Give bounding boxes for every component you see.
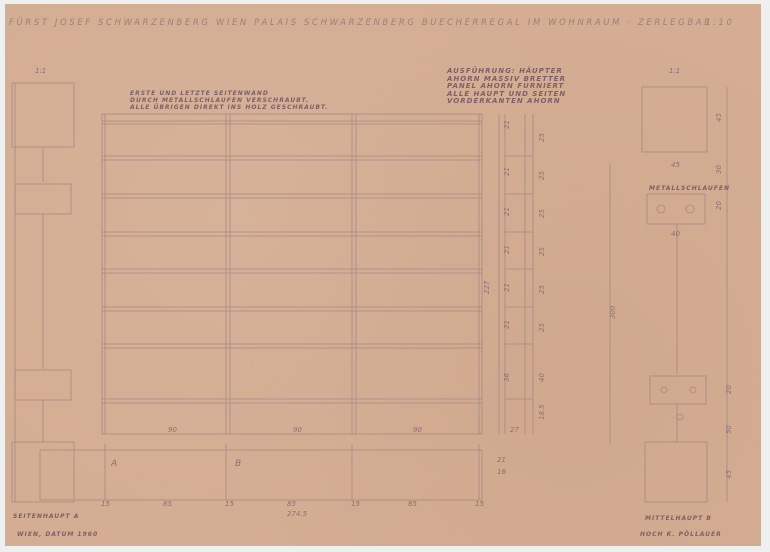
dim-bottom-5: 15 bbox=[351, 500, 360, 508]
label-bay-a: A bbox=[111, 459, 117, 469]
dim-inner-6: 21 bbox=[503, 320, 511, 329]
dim-right-3: 20 bbox=[715, 201, 723, 210]
dim-spacing-6: 25 bbox=[538, 323, 546, 332]
left-foot-block bbox=[12, 442, 74, 502]
metal-bracket bbox=[647, 194, 705, 224]
shelf-boards bbox=[102, 121, 482, 403]
dim-right-6: 45 bbox=[725, 470, 733, 479]
dim-bottom-6: 85 bbox=[408, 500, 417, 508]
label-bay-b: B bbox=[235, 459, 241, 469]
left-bracket bbox=[15, 184, 71, 214]
dim-right-5: 50 bbox=[725, 425, 733, 434]
dim-detail-width-2: 40 bbox=[671, 230, 680, 238]
dim-inner-2: 21 bbox=[503, 167, 511, 176]
shelf-frame bbox=[102, 114, 482, 434]
plinth bbox=[40, 450, 482, 500]
dim-spacing-8: 18.5 bbox=[538, 404, 546, 420]
label-mittelhaupt: Mittelhaupt B bbox=[645, 515, 712, 522]
dim-right-2: 30 bbox=[715, 165, 723, 174]
shelf-elevation-drawing bbox=[5, 4, 761, 546]
dim-inner-height: 227 bbox=[483, 281, 491, 294]
dim-inner-3: 21 bbox=[503, 207, 511, 216]
dim-overall-height: 300 bbox=[609, 306, 617, 319]
dim-inner-4: 21 bbox=[503, 245, 511, 254]
dim-total-width: 274.5 bbox=[287, 510, 307, 518]
dim-bottom-3: 15 bbox=[225, 500, 234, 508]
dim-spacing-2: 25 bbox=[538, 171, 546, 180]
dim-foot-3: 16 bbox=[497, 468, 506, 476]
dim-bottom-4: 85 bbox=[287, 500, 296, 508]
right-lower-bracket bbox=[650, 376, 706, 404]
label-seitenhaupt: Seitenhaupt A bbox=[13, 513, 79, 520]
dim-detail-width-1: 45 bbox=[671, 161, 680, 169]
dim-spacing-5: 25 bbox=[538, 285, 546, 294]
dim-foot-1: 27 bbox=[510, 426, 519, 434]
left-top-block bbox=[12, 83, 74, 147]
dim-spacing-3: 25 bbox=[538, 209, 546, 218]
dim-bottom-1: 15 bbox=[101, 500, 110, 508]
dim-bottom-2: 85 bbox=[163, 500, 172, 508]
dim-bottom-7: 15 bbox=[475, 500, 484, 508]
dim-bay-3: 90 bbox=[413, 426, 422, 434]
dim-right-1: 45 bbox=[715, 113, 723, 122]
dim-bay-1: 90 bbox=[168, 426, 177, 434]
label-date-place: Wien, Datum 1960 bbox=[17, 531, 98, 538]
signature: Hoch K. Pöllauer bbox=[640, 531, 722, 538]
dim-inner-7: 36 bbox=[503, 373, 511, 382]
right-top-block bbox=[642, 87, 707, 152]
dim-bay-2: 90 bbox=[293, 426, 302, 434]
drawing-sheet: Fürst Josef Schwarzenberg Wien Palais Sc… bbox=[5, 4, 761, 546]
left-lower-bracket bbox=[15, 370, 71, 400]
dim-inner-1: 21 bbox=[503, 120, 511, 129]
dim-spacing-7: 40 bbox=[538, 373, 546, 382]
label-metallschlaufen: Metallschlaufen bbox=[649, 185, 730, 192]
dim-right-4: 20 bbox=[725, 385, 733, 394]
right-foot-block bbox=[645, 442, 707, 502]
dim-spacing-4: 25 bbox=[538, 247, 546, 256]
dim-foot-2: 21 bbox=[497, 456, 506, 464]
dim-inner-5: 21 bbox=[503, 283, 511, 292]
dim-spacing-1: 25 bbox=[538, 133, 546, 142]
